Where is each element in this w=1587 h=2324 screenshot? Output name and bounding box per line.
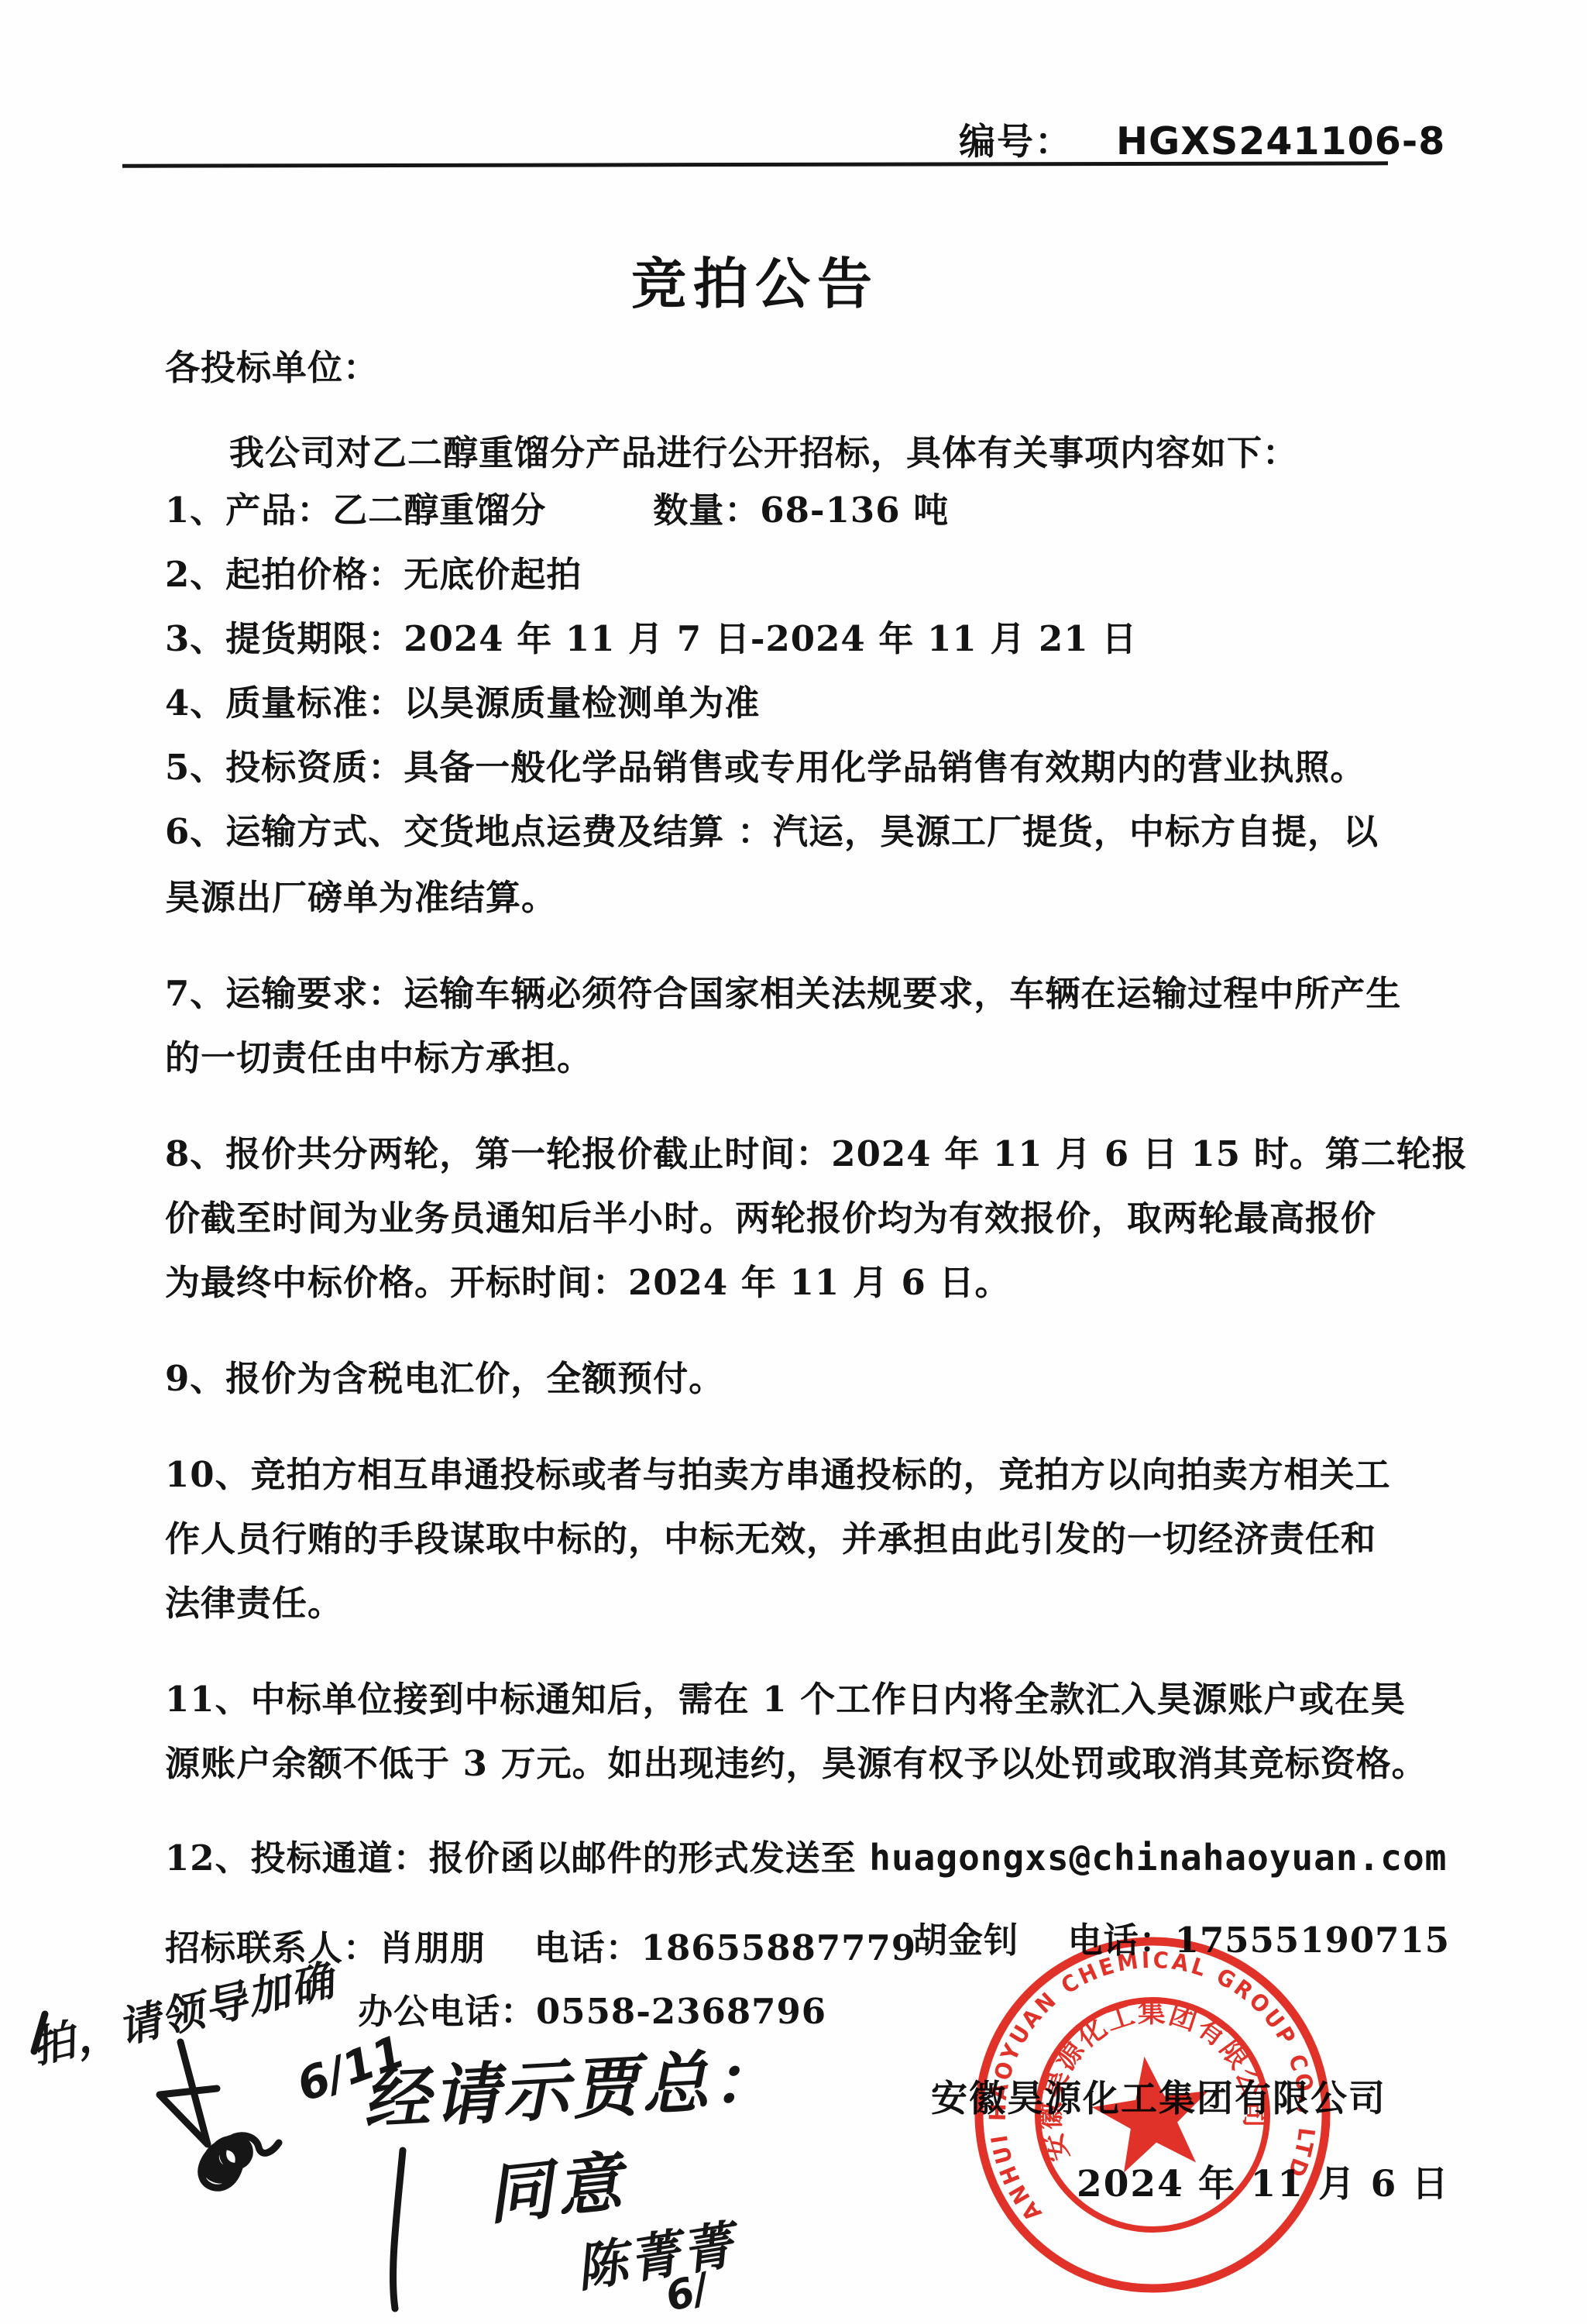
- handwritten-note-center: 经请示贾总：: [360, 2025, 783, 2143]
- bid-email-address: huagongxs@chinahaoyuan.com: [869, 1837, 1447, 1879]
- doc-number-value: HGXS241106-8: [1116, 119, 1445, 163]
- item-7-requirement-line-2: 的一切责任由中标方承担。: [165, 1030, 593, 1080]
- item-4-quality: 4、质量标准：以昊源质量检测单为准: [165, 675, 760, 725]
- item-10-collusion-line-2: 作人员行贿的手段谋取中标的，中标无效，并承担由此引发的一切经济责任和: [165, 1511, 1376, 1561]
- header-rule: [122, 161, 1388, 167]
- handwritten-approval: 同意: [482, 2130, 630, 2237]
- item-8-rounds-line-1: 8、报价共分两轮，第一轮报价截止时间：2024 年 11 月 6 日 15 时。…: [165, 1126, 1468, 1176]
- page-title: 竞拍公告: [631, 240, 879, 319]
- item-8-rounds-line-3: 为最终中标价格。开标时间：2024 年 11 月 6 日。: [165, 1254, 1011, 1305]
- item-12-channel: 12、投标通道：报价函以邮件的形式发送至 huagongxs@chinahaoy…: [165, 1830, 1447, 1880]
- item-7-requirement-line-1: 7、运输要求：运输车辆必须符合国家相关法规要求，车辆在运输过程中所产生: [165, 965, 1401, 1016]
- item-1-product: 1、产品：乙二醇重馏分 数量：68-136 吨: [165, 482, 949, 532]
- item-8-rounds-line-2: 价截至时间为业务员通知后半小时。两轮报价均为有效报价，取两轮最高报价: [165, 1190, 1376, 1240]
- item-3-pickup-period: 3、提货期限：2024 年 11 月 7 日-2024 年 11 月 21 日: [165, 610, 1137, 661]
- scrawl-mark: [160, 2042, 217, 2144]
- company-seal-stamp: ANHUI HAOYUAN CHEMICAL GROUP CO., LTD 安徽…: [971, 1934, 1334, 2296]
- intro-line: 我公司对乙二醇重馏分产品进行公开招标，具体有关事项内容如下：: [229, 425, 1298, 475]
- scanned-document-page: 编号： HGXS241106-8 竞拍公告 各投标单位： 我公司对乙二醇重馏分产…: [0, 0, 1587, 2324]
- item-9-payment: 9、报价为含税电汇价，全额预付。: [165, 1350, 724, 1401]
- item-6-transport-line-2: 昊源出厂磅单为准结算。: [165, 869, 557, 920]
- item-12-prefix: 12、投标通道：报价函以邮件的形式发送至: [165, 1838, 869, 1879]
- item-11-deposit-line-1: 11、中标单位接到中标通知后，需在 1 个工作日内将全款汇入昊源账户或在昊: [165, 1671, 1406, 1721]
- item-10-collusion-line-3: 法律责任。: [165, 1575, 343, 1625]
- salutation: 各投标单位：: [165, 339, 379, 390]
- doc-number-label: 编号：: [959, 113, 1073, 165]
- doc-number: 编号： HGXS241106-8: [959, 113, 1445, 165]
- item-6-transport-line-1: 6、运输方式、交货地点运费及结算 ：汽运，昊源工厂提货，中标方自提，以: [165, 803, 1379, 854]
- item-10-collusion-line-1: 10、竞拍方相互串通投标或者与拍卖方串通投标的，竞拍方以向拍卖方相关工: [165, 1446, 1391, 1497]
- item-5-qualification: 5、投标资质：具备一般化学品销售或专用化学品销售有效期内的营业执照。: [165, 739, 1365, 789]
- item-11-deposit-line-2: 源账户余额不低于 3 万元。如出现违约，昊源有权予以处罚或取消其竞标资格。: [165, 1735, 1427, 1786]
- item-2-start-price: 2、起拍价格：无底价起拍: [165, 546, 582, 596]
- seal-star-icon: [1086, 2048, 1218, 2175]
- scrawl-loops: [201, 2136, 279, 2188]
- scrawl-tail: [393, 2150, 403, 2309]
